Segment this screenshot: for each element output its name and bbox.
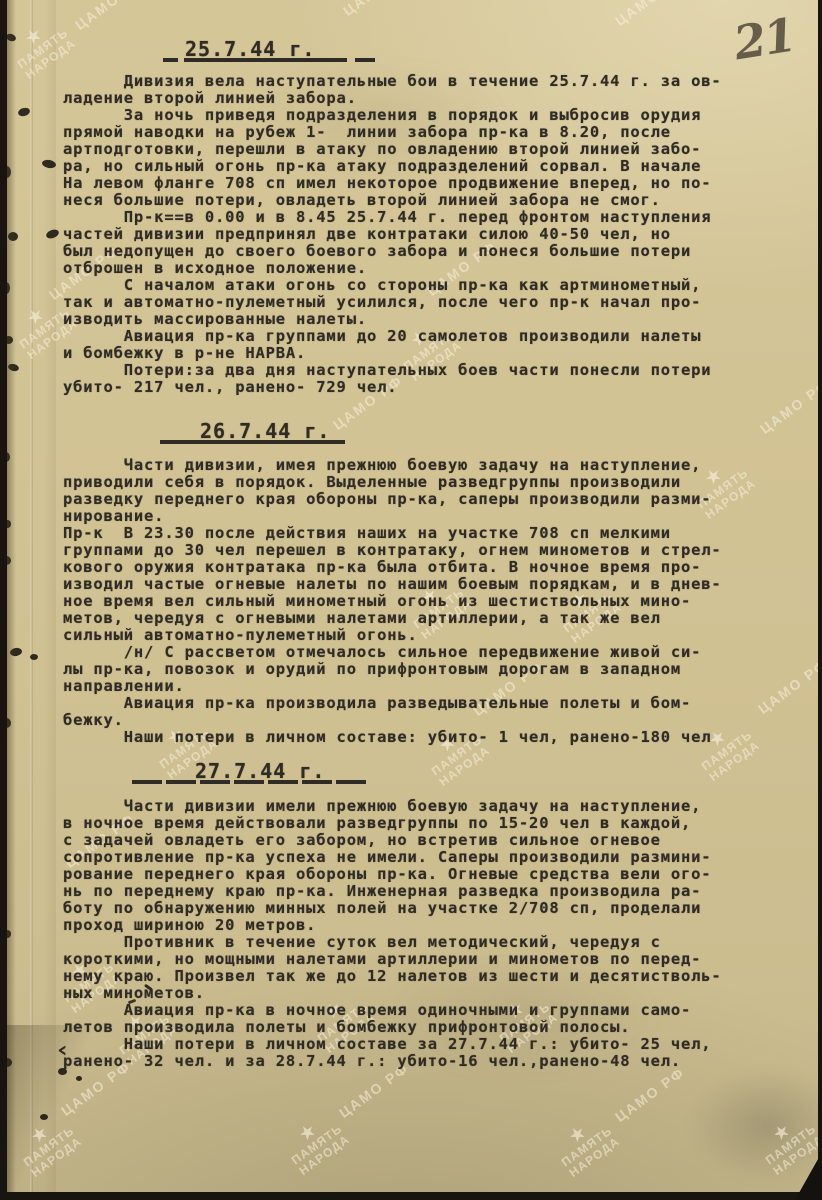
text-line: Пр-к В 23.30 после действия наших на уча… bbox=[63, 525, 811, 542]
text-line: группами до 30 чел перешел в контратаку,… bbox=[63, 542, 811, 559]
star-icon: ★ bbox=[280, 1109, 337, 1156]
star-icon: ★ bbox=[392, 315, 449, 362]
text-line: лы пр-ка, повозок и орудий по прифронтов… bbox=[63, 661, 811, 678]
archive-watermark: ЦАМО РФ bbox=[72, 0, 148, 33]
archive-watermark: ЦАМО РФ bbox=[612, 0, 688, 29]
watermark-text: НАРОДА bbox=[124, 1022, 180, 1068]
entry-body: Части дивизии, имея прежнюю боевую задач… bbox=[63, 457, 811, 746]
watermark-text: НАРОДА bbox=[566, 1134, 622, 1180]
text-line: изводил частые огневые налеты по нашим б… bbox=[63, 576, 811, 593]
watermark-text: НАРОДА bbox=[68, 970, 124, 1016]
text-line: с задачей овладеть его забором, но встре… bbox=[63, 832, 811, 849]
text-line: Наши потери в личном составе: убито- 1 ч… bbox=[63, 729, 811, 746]
text-line: боту по обнаружению минных полей на учас… bbox=[63, 900, 811, 917]
text-line: Пр-к==в 0.00 и в 8.45 25.7.44 г. перед ф… bbox=[63, 209, 811, 226]
paper-stain bbox=[688, 1068, 822, 1183]
watermark-text: НАРОДА bbox=[436, 743, 492, 789]
journal-entry: 26.7.44 г. Части дивизии, имея прежнюю б… bbox=[63, 412, 811, 746]
star-icon: ★ bbox=[550, 1111, 607, 1158]
text-line: ное время вел сильный минометный огонь и… bbox=[63, 593, 811, 610]
watermark-text: ПАМЯТЬ bbox=[315, 999, 371, 1045]
text-line: нирование. bbox=[63, 508, 811, 525]
entry-date-heading: 25.7.44 г. bbox=[185, 38, 811, 60]
star-icon: ★ bbox=[306, 987, 363, 1034]
archive-watermark: ЦАМО РФ bbox=[336, 1060, 412, 1121]
text-line: неся большие потери, овладеть второй лин… bbox=[63, 192, 811, 209]
star-icon: ★ bbox=[52, 947, 109, 994]
watermark-text: ПАМЯТЬ bbox=[289, 1121, 345, 1167]
memory-watermark: ★ПАМЯТЬНАРОДА bbox=[392, 315, 464, 383]
watermark-text: ПАМЯТЬ bbox=[15, 25, 71, 71]
memory-watermark: ★ПАМЯТЬНАРОДА bbox=[52, 947, 124, 1015]
text-line: приводили себя в порядок. Выделенные раз… bbox=[63, 474, 811, 491]
scanned-document-page: ЦАМО РФЦАМО РФЦАМО РФЦАМО РФЦАМО РФЦАМО … bbox=[0, 0, 822, 1200]
text-line: был недопущен до своего боевого забора и… bbox=[63, 243, 811, 260]
watermark-text: НАРОДА bbox=[322, 1010, 378, 1056]
text-line: Противник в течение суток вел методическ… bbox=[63, 934, 811, 951]
star-icon: ★ bbox=[8, 293, 65, 340]
star-icon: ★ bbox=[420, 720, 477, 767]
heading-underline bbox=[160, 440, 345, 444]
paper-stain bbox=[250, 60, 510, 180]
text-line: рование переднего края обороны пр-ка. Ог… bbox=[63, 866, 811, 883]
memory-watermark: ★ПАМЯТЬНАРОДА bbox=[690, 715, 762, 783]
memory-watermark: ★ПАМЯТЬНАРОДА bbox=[402, 573, 474, 641]
text-line: Части дивизии, имея прежнюю боевую задач… bbox=[63, 457, 811, 474]
watermark-text: ПАМЯТЬ bbox=[429, 732, 485, 778]
archive-watermark: ЦАМО РФ bbox=[340, 0, 416, 19]
entry-date-heading: 27.7.44 г. bbox=[195, 760, 811, 782]
entry-date-heading: 26.7.44 г. bbox=[200, 420, 811, 442]
watermark-text: НАРОДА bbox=[408, 338, 464, 384]
handwritten-page-number: 21 bbox=[730, 8, 798, 71]
memory-watermark: ★ПАМЯТЬНАРОДА bbox=[552, 577, 624, 645]
text-line: разведку переднего края обороны пр-ка, с… bbox=[63, 491, 811, 508]
watermark-text: ПАМЯТЬ bbox=[411, 585, 467, 631]
watermark-text: НАРОДА bbox=[706, 738, 762, 784]
archive-watermark: ЦАМО РФ bbox=[62, 810, 138, 871]
text-line: нь по переднему краю пр-ка. Инженерная р… bbox=[63, 883, 811, 900]
watermark-text: НАРОДА bbox=[296, 1132, 352, 1178]
archive-watermark: ЦАМО РФ bbox=[757, 376, 822, 437]
star-icon: ★ bbox=[402, 573, 459, 620]
watermark-text: ПАМЯТЬ bbox=[561, 589, 617, 635]
memory-watermark: ★ПАМЯТЬНАРОДА bbox=[306, 987, 378, 1055]
watermark-text: НАРОДА bbox=[418, 596, 474, 642]
text-line: Потери:за два дня наступательных боев ча… bbox=[63, 362, 811, 379]
watermark-text: ПАМЯТЬ bbox=[699, 727, 755, 773]
watermark-text: ПАМЯТЬ bbox=[401, 327, 457, 373]
text-line: Авиация пр-ка группами до 20 самолетов п… bbox=[63, 328, 811, 345]
text-line: Части дивизии имели прежнюю боевую задач… bbox=[63, 798, 811, 815]
watermark-text: ПАМЯТЬ bbox=[695, 465, 751, 511]
paper-stain bbox=[380, 950, 660, 1080]
memory-watermark: ★ПАМЯТЬНАРОДА bbox=[686, 453, 758, 521]
heading-underline bbox=[132, 780, 370, 784]
text-line: /н/ С рассветом отмечалось сильное перед… bbox=[63, 644, 811, 661]
text-line: отброшен в исходное положение. bbox=[63, 260, 811, 277]
archive-watermark: ЦАМО РФ bbox=[424, 238, 500, 299]
memory-watermark: ★ПАМЯТЬНАРОДА bbox=[550, 1111, 622, 1179]
watermark-text: ПАМЯТЬ bbox=[157, 725, 213, 771]
text-line: С началом атаки огонь со стороны пр-ка к… bbox=[63, 277, 811, 294]
archive-watermark: ЦАМО РФ bbox=[330, 372, 406, 433]
watermark-text: НАРОДА bbox=[702, 476, 758, 522]
watermark-text: ПАМЯТЬ bbox=[117, 1011, 173, 1057]
fold-crease-shadow bbox=[44, 0, 56, 1200]
text-line: частей дивизии предпринял две контратаки… bbox=[63, 226, 811, 243]
memory-watermark: ★ПАМЯТЬНАРОДА bbox=[148, 713, 220, 781]
star-icon: ★ bbox=[148, 713, 205, 760]
star-icon: ★ bbox=[108, 999, 165, 1046]
text-line: метов, чередуя с огневыми налетами артил… bbox=[63, 610, 811, 627]
memory-watermark: ★ПАМЯТЬНАРОДА bbox=[280, 1109, 352, 1177]
text-line: изводить массированные налеты. bbox=[63, 311, 811, 328]
text-line: бежку. bbox=[63, 712, 811, 729]
archive-watermark: ЦАМО РФ bbox=[755, 656, 822, 717]
scan-edge-bottom bbox=[0, 1192, 822, 1200]
text-line: в ночное время действовали разведгруппы … bbox=[63, 815, 811, 832]
text-line: На левом фланге 708 сп имел некоторое пр… bbox=[63, 175, 811, 192]
text-line: и бомбежку в р-не НАРВА. bbox=[63, 345, 811, 362]
text-line: проход шириною 20 метров. bbox=[63, 917, 811, 934]
watermark-text: ПАМЯТЬ bbox=[559, 1123, 615, 1169]
text-line: кового оружия контратака пр-ка была отби… bbox=[63, 559, 811, 576]
pencil-tick bbox=[144, 984, 153, 992]
scan-edge-right bbox=[818, 0, 822, 1200]
text-line: убито- 217 чел., ранено- 729 чел. bbox=[63, 379, 811, 396]
paper-edge-shadow bbox=[7, 0, 16, 1200]
text-line: Авиация пр-ка производила разведывательн… bbox=[63, 695, 811, 712]
star-icon: ★ bbox=[552, 577, 609, 624]
memory-watermark: ★ПАМЯТЬНАРОДА bbox=[6, 13, 78, 81]
ink-blot bbox=[17, 107, 31, 118]
memory-watermark: ★ПАМЯТЬНАРОДА bbox=[420, 720, 492, 788]
pencil-tick bbox=[128, 999, 137, 1005]
text-line: направлении. bbox=[63, 678, 811, 695]
watermark-text: НАРОДА bbox=[164, 736, 220, 782]
watermark-text: НАРОДА bbox=[568, 600, 624, 646]
archive-watermark: ЦАМО РФ bbox=[470, 658, 546, 719]
memory-watermark: ★ПАМЯТЬНАРОДА bbox=[108, 999, 180, 1067]
star-icon: ★ bbox=[690, 715, 747, 762]
archive-watermark: ЦАМО РФ bbox=[612, 1064, 688, 1125]
star-icon: ★ bbox=[686, 453, 743, 500]
fold-crease bbox=[30, 0, 33, 1200]
archive-watermark: ЦАМО РФ bbox=[46, 242, 122, 303]
text-line: сильный автоматно-пулеметный огонь. bbox=[63, 627, 811, 644]
text-line: сопротивление пр-ка успеха не имели. Сап… bbox=[63, 849, 811, 866]
watermark-text: ПАМЯТЬ bbox=[61, 959, 117, 1005]
text-line: так и автоматно-пулеметный усилился, пос… bbox=[63, 294, 811, 311]
scan-edge-left bbox=[0, 0, 7, 1200]
pencil-check-mark: ‹ bbox=[54, 1038, 71, 1063]
